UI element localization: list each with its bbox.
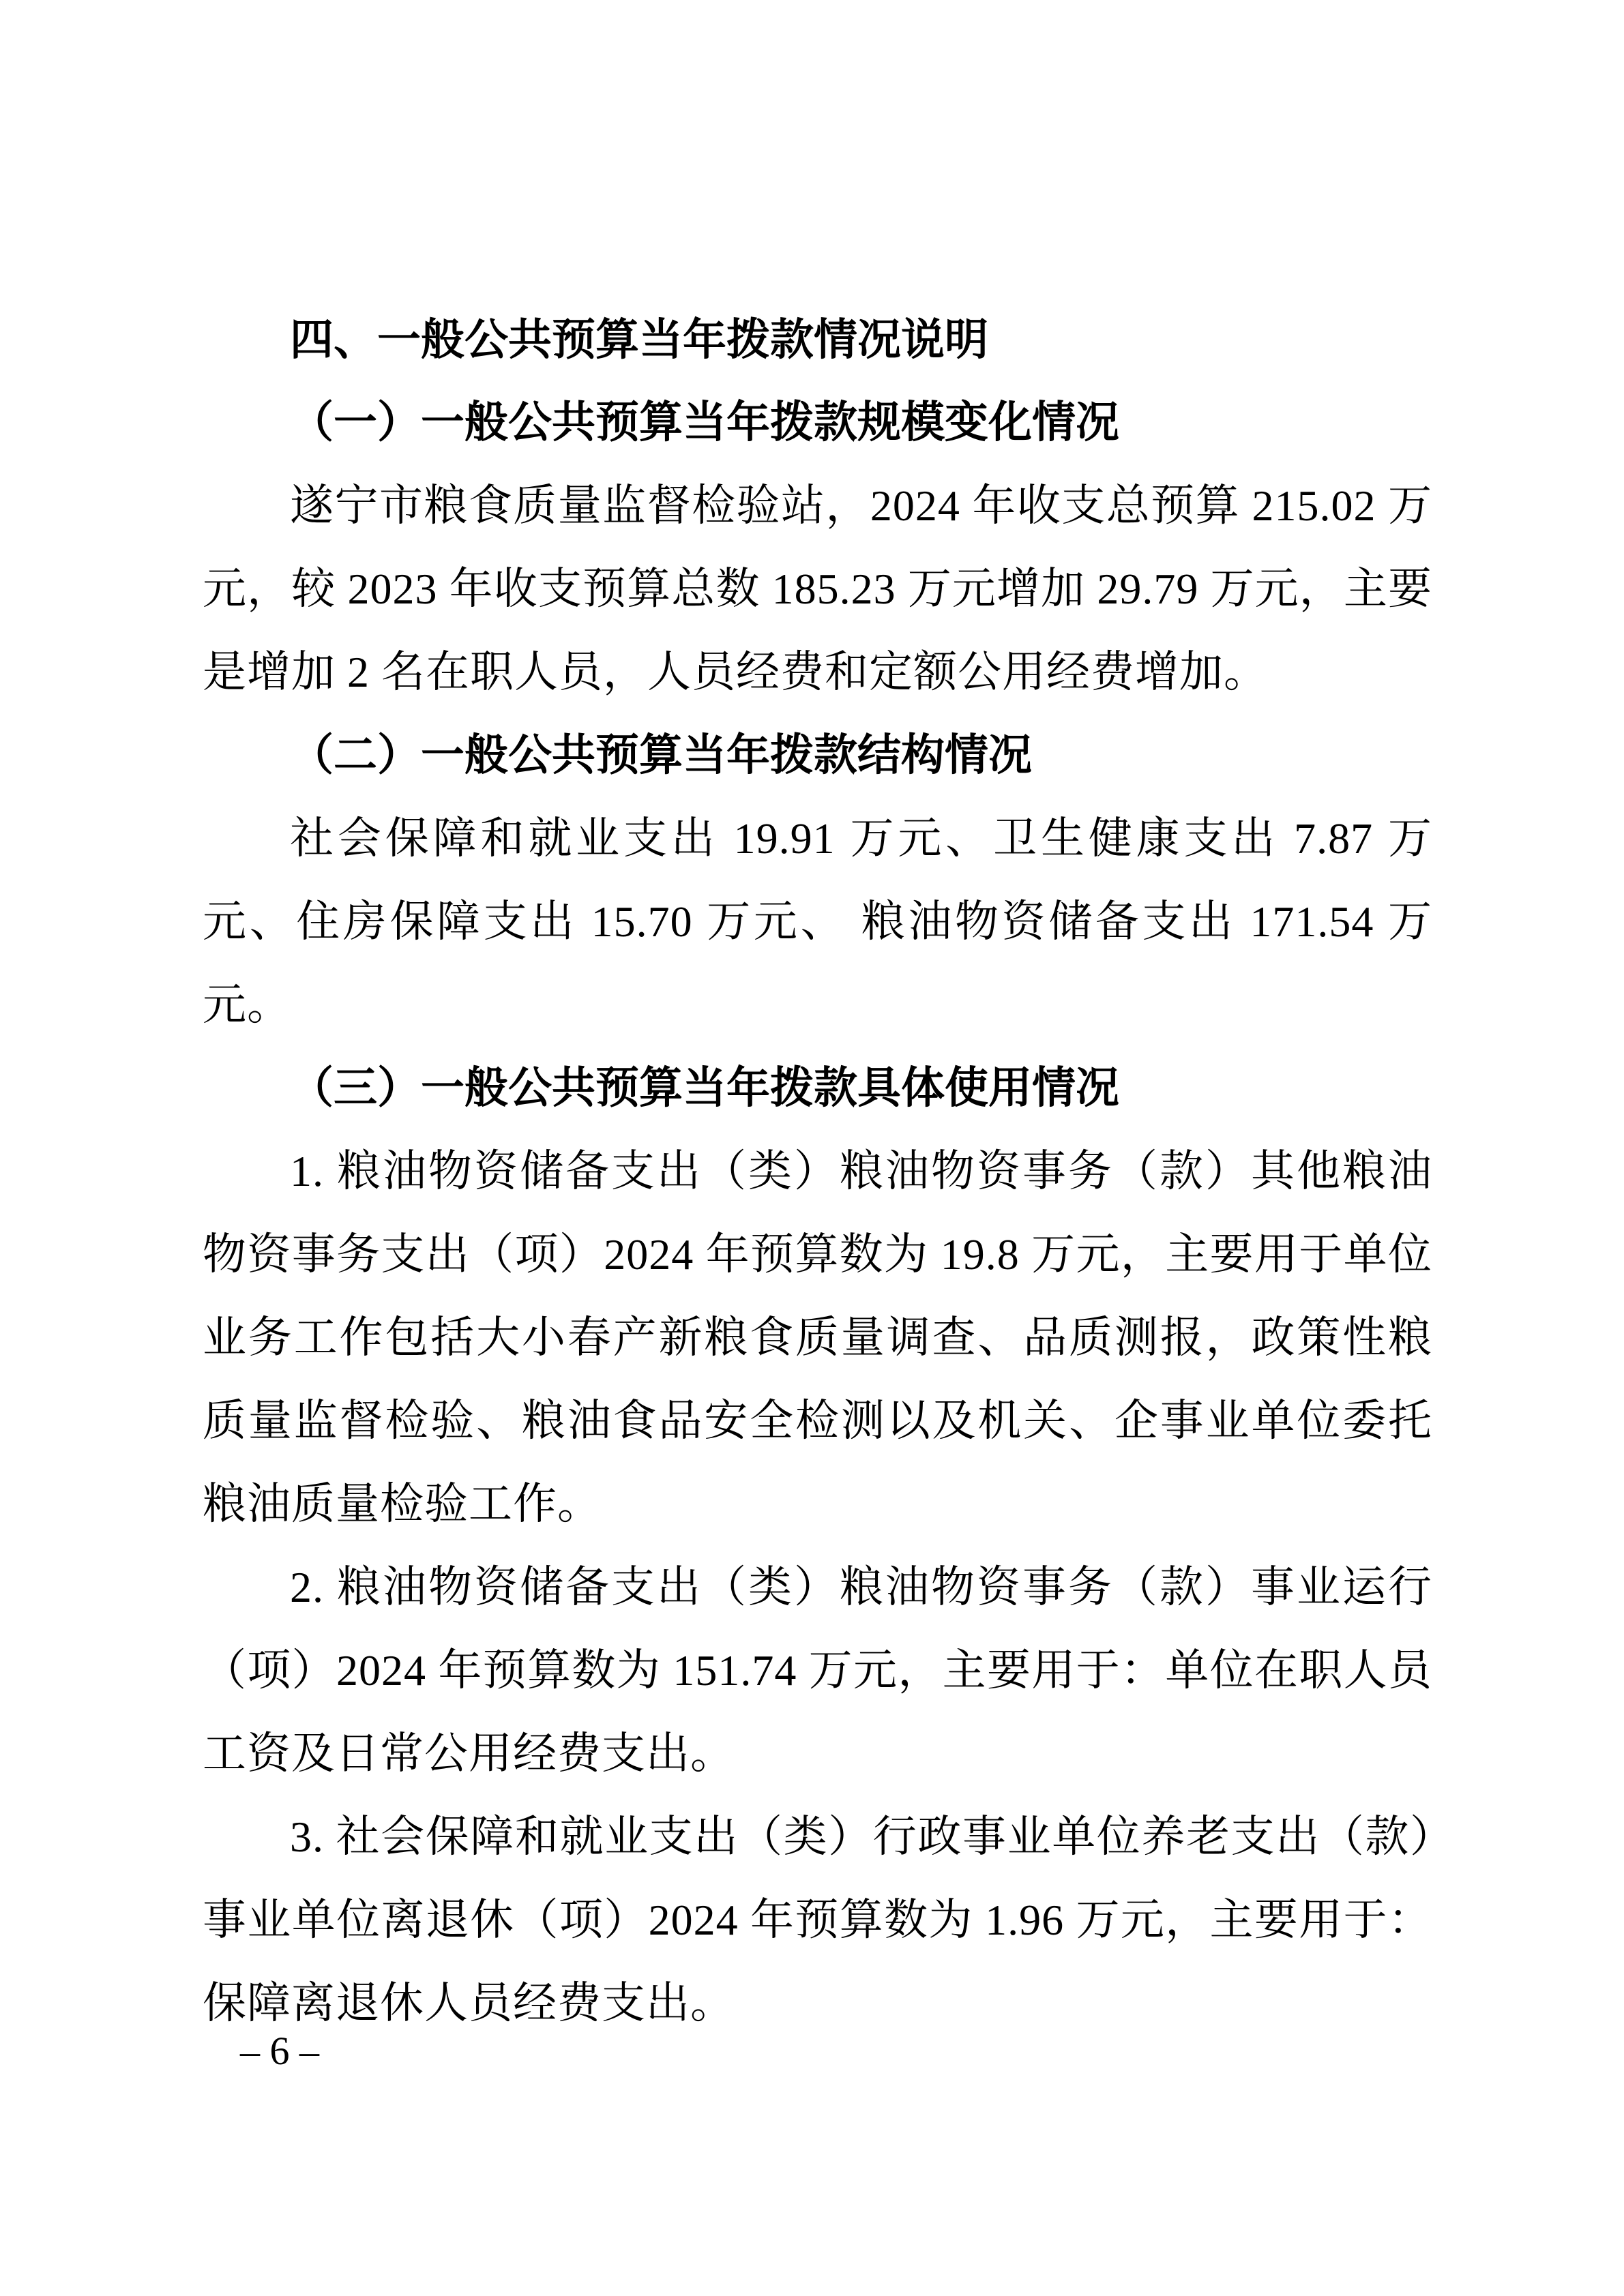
subsection-heading-2: （二）一般公共预算当年拨款结构情况 — [203, 714, 1432, 797]
paragraph-usage-item-3: 3. 社会保障和就业支出（类）行政事业单位养老支出（款）事业单位离退休（项）20… — [203, 1795, 1432, 2045]
document-page: 四、一般公共预算当年拨款情况说明 （一）一般公共预算当年拨款规模变化情况 遂宁市… — [0, 0, 1624, 2296]
section-title: 四、一般公共预算当年拨款情况说明 — [203, 298, 1432, 381]
paragraph-usage-item-2: 2. 粮油物资储备支出（类）粮油物资事务（款）事业运行（项）2024 年预算数为… — [203, 1546, 1432, 1795]
paragraph-structure: 社会保障和就业支出 19.91 万元、卫生健康支出 7.87 万元、住房保障支出… — [203, 797, 1432, 1047]
paragraph-scale-change: 遂宁市粮食质量监督检验站，2024 年收支总预算 215.02 万元，较 202… — [203, 464, 1432, 714]
paragraph-usage-item-1: 1. 粮油物资储备支出（类）粮油物资事务（款）其他粮油物资事务支出（项）2024… — [203, 1130, 1432, 1546]
subsection-heading-1: （一）一般公共预算当年拨款规模变化情况 — [203, 381, 1432, 464]
subsection-heading-3: （三）一般公共预算当年拨款具体使用情况 — [203, 1047, 1432, 1130]
page-number: – 6 – — [240, 2024, 319, 2078]
